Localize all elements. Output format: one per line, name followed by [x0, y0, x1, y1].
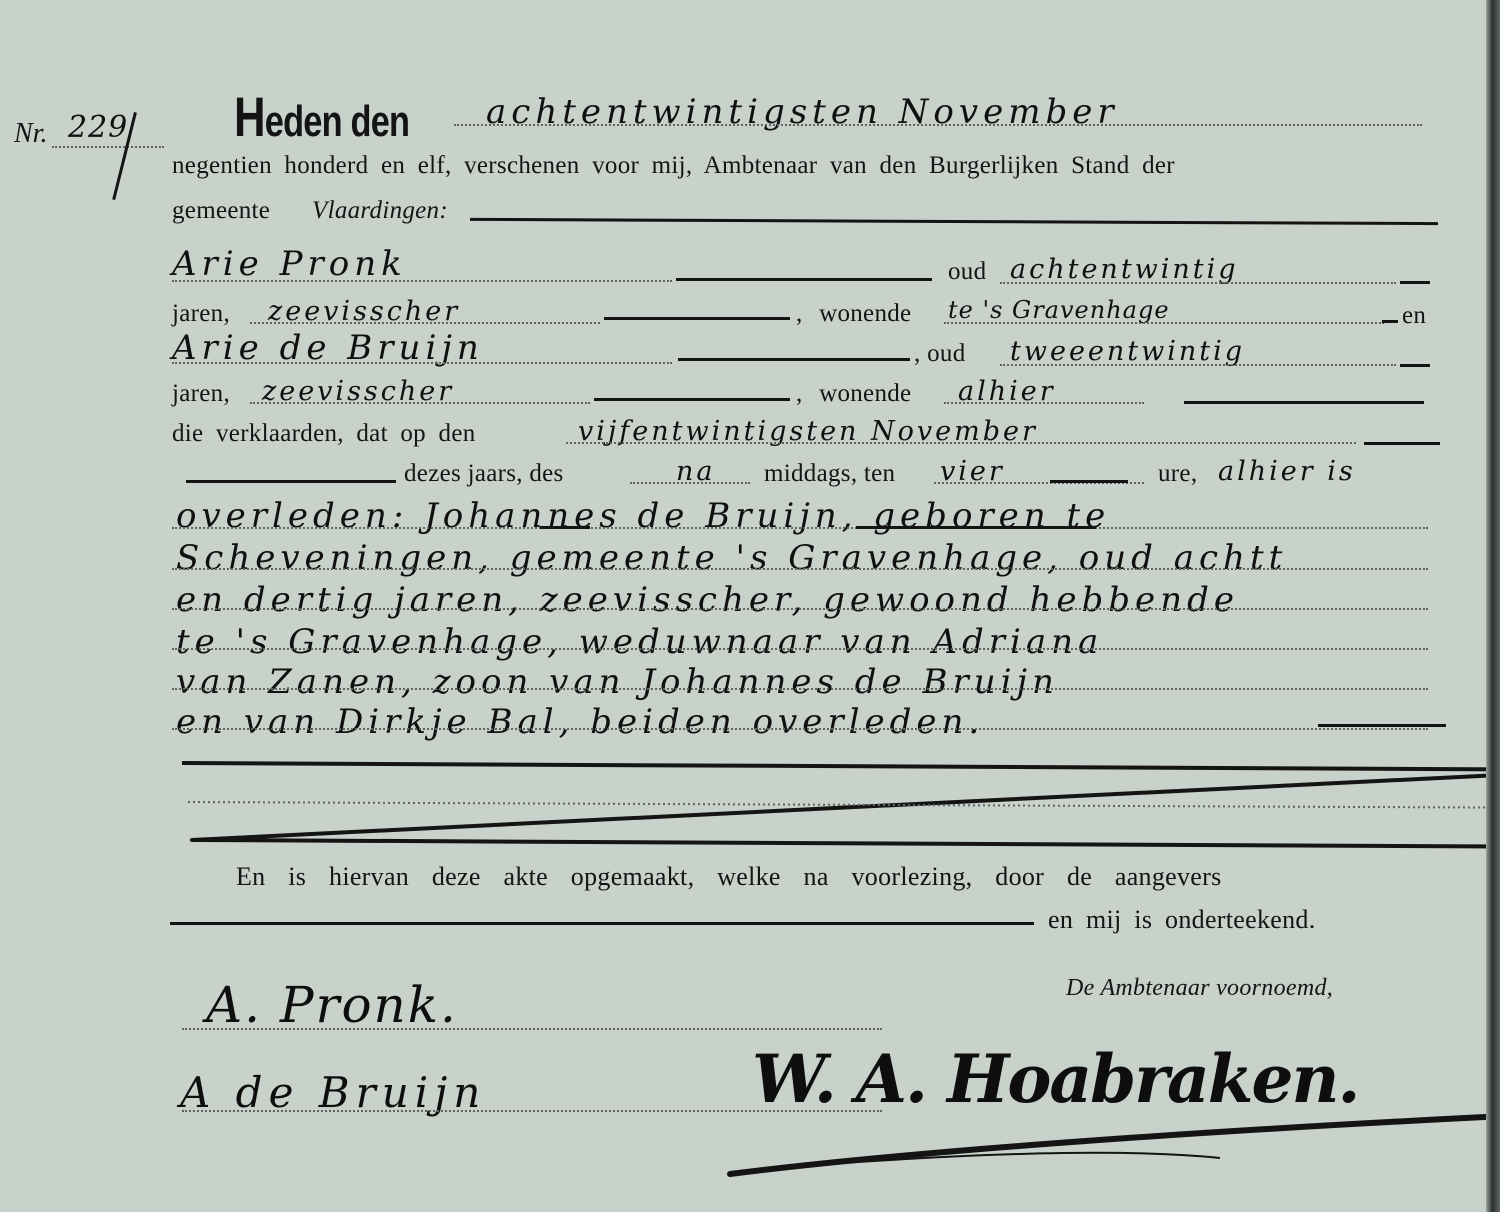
number-dotted-line	[52, 146, 164, 148]
declarant-1-residence-dotted	[944, 322, 1384, 324]
declarant-2-residence-rule	[1184, 401, 1424, 404]
declarant-1-wonende-label: , wonende	[796, 300, 911, 328]
deceased-end-rule	[1318, 724, 1446, 727]
declarant-2-age: tweeentwintig	[1010, 336, 1245, 367]
ure-label: ure,	[1158, 460, 1197, 488]
declarant-1-dotted	[172, 280, 672, 282]
declarant-1-jaren-label: jaren,	[172, 300, 230, 328]
deceased-line-3: en dertig jaren, zeevisscher, gewoond he…	[176, 580, 1239, 620]
record-number-value: 229	[68, 110, 128, 145]
closing-line-2: en mij is onderteekend.	[1048, 905, 1316, 935]
closing-rule	[170, 922, 1034, 925]
deceased-dotted-5	[172, 688, 1428, 690]
declarant-2-occupation-rule	[594, 398, 790, 401]
declarant-1-age: achtentwintig	[1010, 254, 1239, 285]
declarant-1-oud-label: oud	[948, 258, 986, 286]
closing-line-1: En is hiervan deze akte opgemaakt, welke…	[236, 862, 1222, 892]
gemeente-label: gemeente	[172, 197, 270, 225]
underline-johannes	[540, 526, 590, 529]
deceased-line-1: overleden: Johannes de Bruijn, geboren t…	[176, 496, 1110, 536]
declarant-1-occupation-dotted	[250, 322, 600, 324]
declarant-2-age-dotted	[1000, 364, 1396, 366]
hour-rule	[1050, 480, 1128, 483]
middags-label: middags, ten	[764, 460, 895, 488]
declarant-1-name: Arie Pronk	[172, 244, 407, 284]
declarant-2-residence-dotted	[944, 402, 1144, 404]
signature-official: W. A. Hoabraken.	[752, 1040, 1358, 1118]
date-dotted-line	[454, 124, 1422, 126]
deceased-line-4: te 's Gravenhage, weduwnaar van Adriana	[176, 622, 1103, 662]
declarant-1-residence-rule	[1382, 320, 1398, 323]
declarant-1-age-dotted	[1000, 282, 1396, 284]
deceased-dotted-2	[172, 568, 1428, 570]
heading-heden-den: Heden den	[234, 84, 409, 149]
deceased-line-5: van Zanen, zoon van Johannes de Bruijn	[176, 662, 1059, 702]
declarant-2-jaren-label: jaren,	[172, 380, 230, 408]
signature-1-dotted	[182, 1028, 882, 1030]
deceased-line-6: en van Dirkje Bal, beiden overleden.	[176, 702, 984, 742]
deceased-dotted-6	[172, 728, 1428, 730]
deceased-dotted-4	[172, 648, 1428, 650]
page-edge	[1486, 0, 1500, 1212]
declarant-2-occupation-dotted	[250, 402, 590, 404]
signature-flourish	[720, 1110, 1500, 1190]
certificate-page: Nr. 229 Heden den achtentwintigsten Nove…	[0, 0, 1488, 1212]
printed-line-2: negentien honderd en elf, verschenen voo…	[172, 152, 1175, 180]
declarant-2-rule	[678, 358, 910, 361]
deceased-dotted-3	[172, 608, 1428, 610]
death-date-dotted	[566, 442, 1356, 444]
gemeente-name: Vlaardingen:	[312, 197, 448, 225]
underline-de-bruijn	[856, 526, 1096, 529]
part-of-day-dotted	[630, 482, 750, 484]
dezes-jaars-label: dezes jaars, des	[404, 460, 564, 488]
z-strike-through	[150, 740, 1500, 860]
handwritten-date: achtentwintigsten November	[486, 92, 1119, 132]
record-number-label: Nr.	[14, 118, 47, 150]
declarant-1-rule	[676, 278, 932, 281]
official-label: De Ambtenaar voornoemd,	[1066, 975, 1333, 1002]
gemeente-rule	[470, 218, 1438, 225]
declarant-1-occupation-rule	[604, 317, 790, 320]
deceased-dotted-1	[172, 527, 1428, 529]
declarant-1-age-rule	[1400, 281, 1430, 284]
declarant-2-oud-label: , oud	[914, 340, 966, 368]
declarant-2-age-rule	[1400, 364, 1430, 367]
declarant-connector-en: en	[1402, 302, 1426, 330]
death-date-rule	[1364, 442, 1440, 445]
declarant-2-wonende-label: , wonende	[796, 380, 911, 408]
signature-declarant-1: A. Pronk.	[206, 976, 458, 1034]
place-start: alhier is	[1218, 456, 1356, 487]
declarant-2-dotted	[172, 362, 672, 364]
declarant-1-residence: te 's Gravenhage	[948, 296, 1170, 324]
dezes-jaars-rule	[186, 480, 396, 483]
declaration-line-1: die verklaarden, dat op den	[172, 420, 476, 448]
deceased-line-2: Scheveningen, gemeente 's Gravenhage, ou…	[176, 538, 1287, 578]
